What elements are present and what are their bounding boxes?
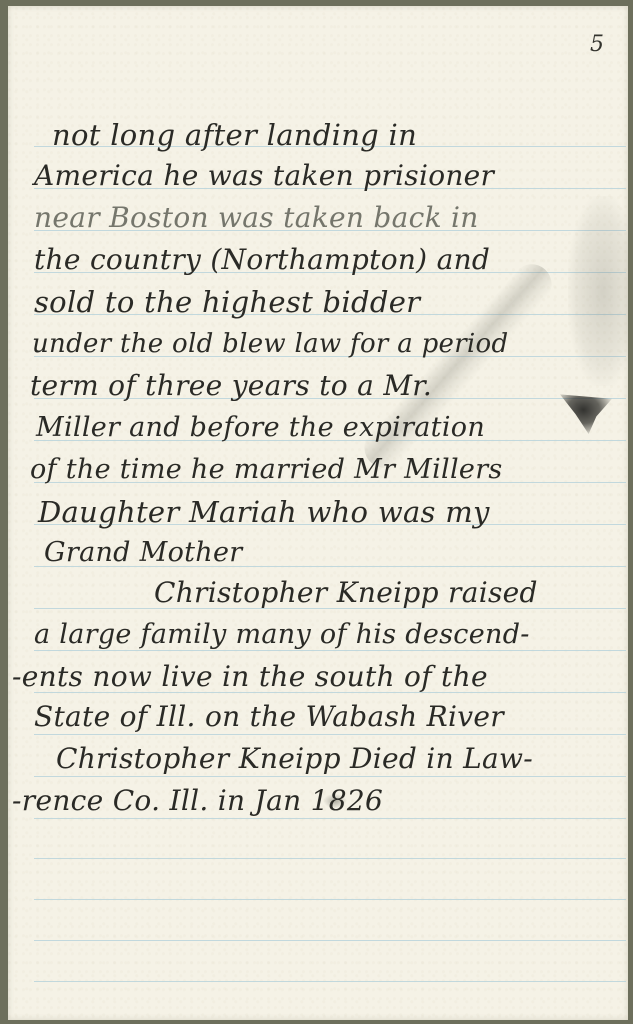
ruled-line	[34, 940, 626, 941]
text-line: the country (Northampton) and	[34, 243, 490, 277]
text-line: near Boston was taken back in	[34, 201, 479, 235]
text-line: Miller and before the expiration	[36, 411, 485, 445]
text-line: Grand Mother	[44, 536, 242, 570]
ruled-line	[34, 734, 626, 735]
text-line: of the time he married Mr Millers	[30, 453, 503, 487]
text-line: not long after landing in	[52, 118, 417, 152]
text-line: sold to the highest bidder	[34, 285, 420, 319]
text-line: Daughter Mariah who was my	[38, 495, 490, 529]
ruled-line	[34, 899, 626, 900]
ink-blot	[560, 390, 612, 434]
text-line: under the old blew law for a period	[32, 327, 508, 361]
text-line: America he was taken prisioner	[34, 159, 494, 193]
ruled-line	[34, 818, 626, 819]
text-line: Christopher Kneipp raised	[154, 576, 538, 610]
text-line: State of Ill. on the Wabash River	[34, 700, 504, 734]
ruled-line	[34, 981, 626, 982]
text-line: Christopher Kneipp Died in Law-	[56, 742, 533, 776]
scan-frame: 5 not long after landing in America he w…	[0, 0, 633, 1024]
ruled-line	[34, 776, 626, 777]
letter-page: 5 not long after landing in America he w…	[8, 6, 628, 1020]
text-line: -rence Co. Ill. in Jan 1826	[12, 784, 383, 818]
text-line: -ents now live in the south of the	[12, 660, 488, 694]
text-line: term of three years to a Mr.	[30, 369, 432, 403]
ruled-line	[34, 858, 626, 859]
page-number: 5	[590, 32, 604, 57]
text-line: a large family many of his descend-	[34, 618, 530, 652]
pencil-smudge	[568, 196, 628, 386]
